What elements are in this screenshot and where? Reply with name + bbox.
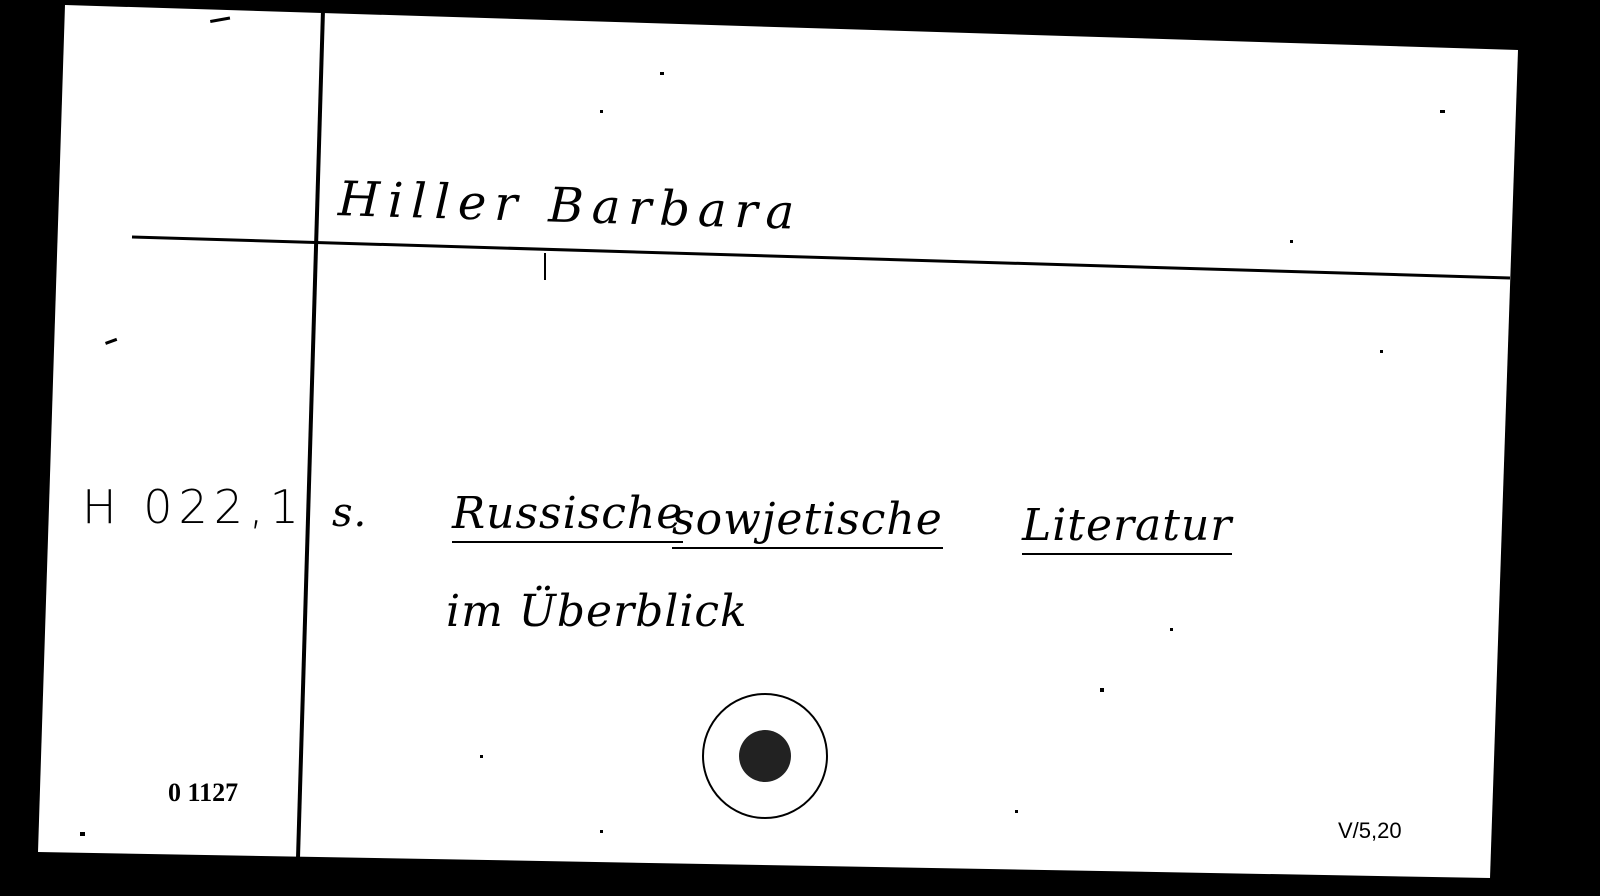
title-word-2: sowjetische xyxy=(672,494,943,549)
form-code: V/5,20 xyxy=(1338,818,1402,844)
card-shape xyxy=(0,0,1600,896)
stamp-number: 0 1127 xyxy=(168,778,238,808)
title-line-2: im Überblick xyxy=(446,586,748,637)
call-number: H 022,1 xyxy=(82,480,305,534)
punch-hole xyxy=(739,730,791,782)
title-prefix: s. xyxy=(332,490,367,536)
title-word-1: Russische xyxy=(452,488,683,543)
catalog-card: Hiller Barbara H 022,1 s. Russische sowj… xyxy=(0,0,1600,896)
title-word-3: Literatur xyxy=(1022,500,1232,555)
